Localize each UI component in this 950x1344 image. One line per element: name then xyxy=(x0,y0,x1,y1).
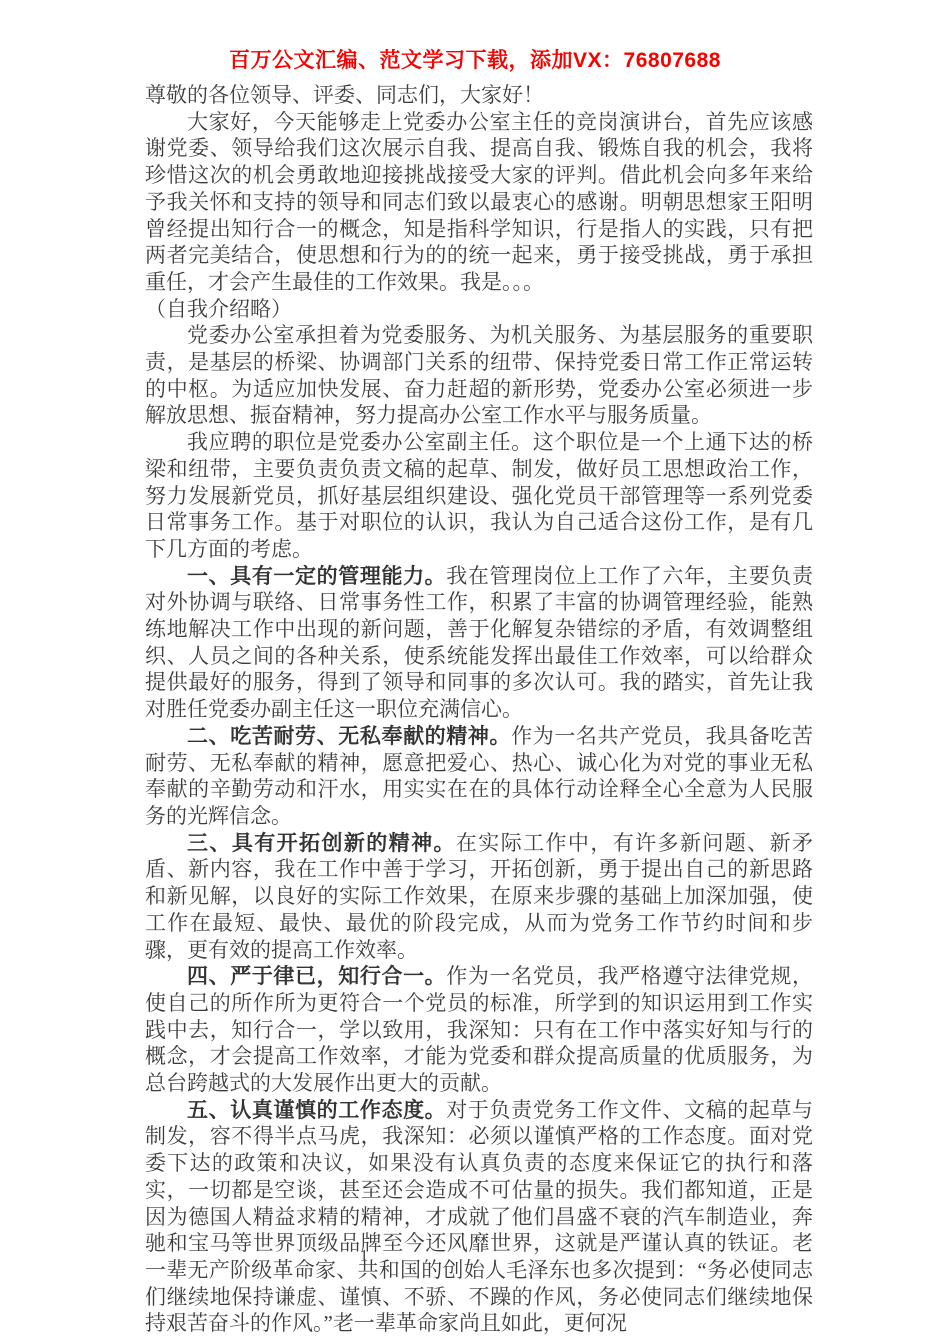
paragraph-text: 党委办公室承担着为党委服务、为机关服务、为基层服务的重要职责，是基层的桥梁、协调… xyxy=(145,323,813,427)
point-5-heading: 五、认真谨慎的工作态度。 xyxy=(187,1098,446,1122)
point-1-heading: 一、具有一定的管理能力。 xyxy=(187,564,446,588)
point-2-heading: 二、吃苦耐劳、无私奉献的精神。 xyxy=(187,724,511,748)
document-body: 尊敬的各位领导、评委、同志们，大家好！ 大家好，今天能够走上党委办公室主任的竞岗… xyxy=(145,82,813,1337)
header-promo-notice: 百万公文汇编、范文学习下载，添加VX：76807688 xyxy=(0,44,950,74)
position-paragraph: 我应聘的职位是党委办公室副主任。这个职位是一个上通下达的桥梁和纽带，主要负责负责… xyxy=(145,429,813,563)
self-intro-note: （自我介绍略） xyxy=(145,296,813,323)
point-2-paragraph: 二、吃苦耐劳、无私奉献的精神。作为一名共产党员，我具备吃苦耐劳、无私奉献的精神，… xyxy=(145,723,813,830)
greeting-line: 尊敬的各位领导、评委、同志们，大家好！ xyxy=(145,82,813,109)
page-number: 1 xyxy=(340,1246,388,1266)
point-5-paragraph: 五、认真谨慎的工作态度。对于负责党务工作文件、文稿的起草与制发，容不得半点马虎，… xyxy=(145,1097,813,1337)
office-duty-paragraph: 党委办公室承担着为党委服务、为机关服务、为基层服务的重要职责，是基层的桥梁、协调… xyxy=(145,322,813,429)
point-1-paragraph: 一、具有一定的管理能力。我在管理岗位上工作了六年，主要负责对外协调与联络、日常事… xyxy=(145,563,813,723)
point-3-heading: 三、具有开拓创新的精神。 xyxy=(187,831,456,855)
paragraph-text: 我应聘的职位是党委办公室副主任。这个职位是一个上通下达的桥梁和纽带，主要负责负责… xyxy=(145,430,813,561)
paragraph-text: 尊敬的各位领导、评委、同志们，大家好！ xyxy=(145,83,544,107)
point-3-paragraph: 三、具有开拓创新的精神。在实际工作中，有许多新问题、新矛盾、新内容，我在工作中善… xyxy=(145,830,813,964)
opening-paragraph: 大家好，今天能够走上党委办公室主任的竞岗演讲台，首先应该感谢党委、领导给我们这次… xyxy=(145,109,813,296)
point-4-heading: 四、严于律已，知行合一。 xyxy=(187,964,446,988)
paragraph-text: 对于负责党务工作文件、文稿的起草与制发，容不得半点马虎，我深知：必须以谨慎严格的… xyxy=(145,1098,813,1336)
point-4-paragraph: 四、严于律已，知行合一。作为一名党员，我严格遵守法律党规，使自己的所作所为更符合… xyxy=(145,963,813,1097)
paragraph-text: （自我介绍略） xyxy=(145,297,292,321)
document-page: 百万公文汇编、范文学习下载，添加VX：76807688 尊敬的各位领导、评委、同… xyxy=(0,0,950,1344)
paragraph-text: 大家好，今天能够走上党委办公室主任的竞岗演讲台，首先应该感谢党委、领导给我们这次… xyxy=(145,110,813,294)
